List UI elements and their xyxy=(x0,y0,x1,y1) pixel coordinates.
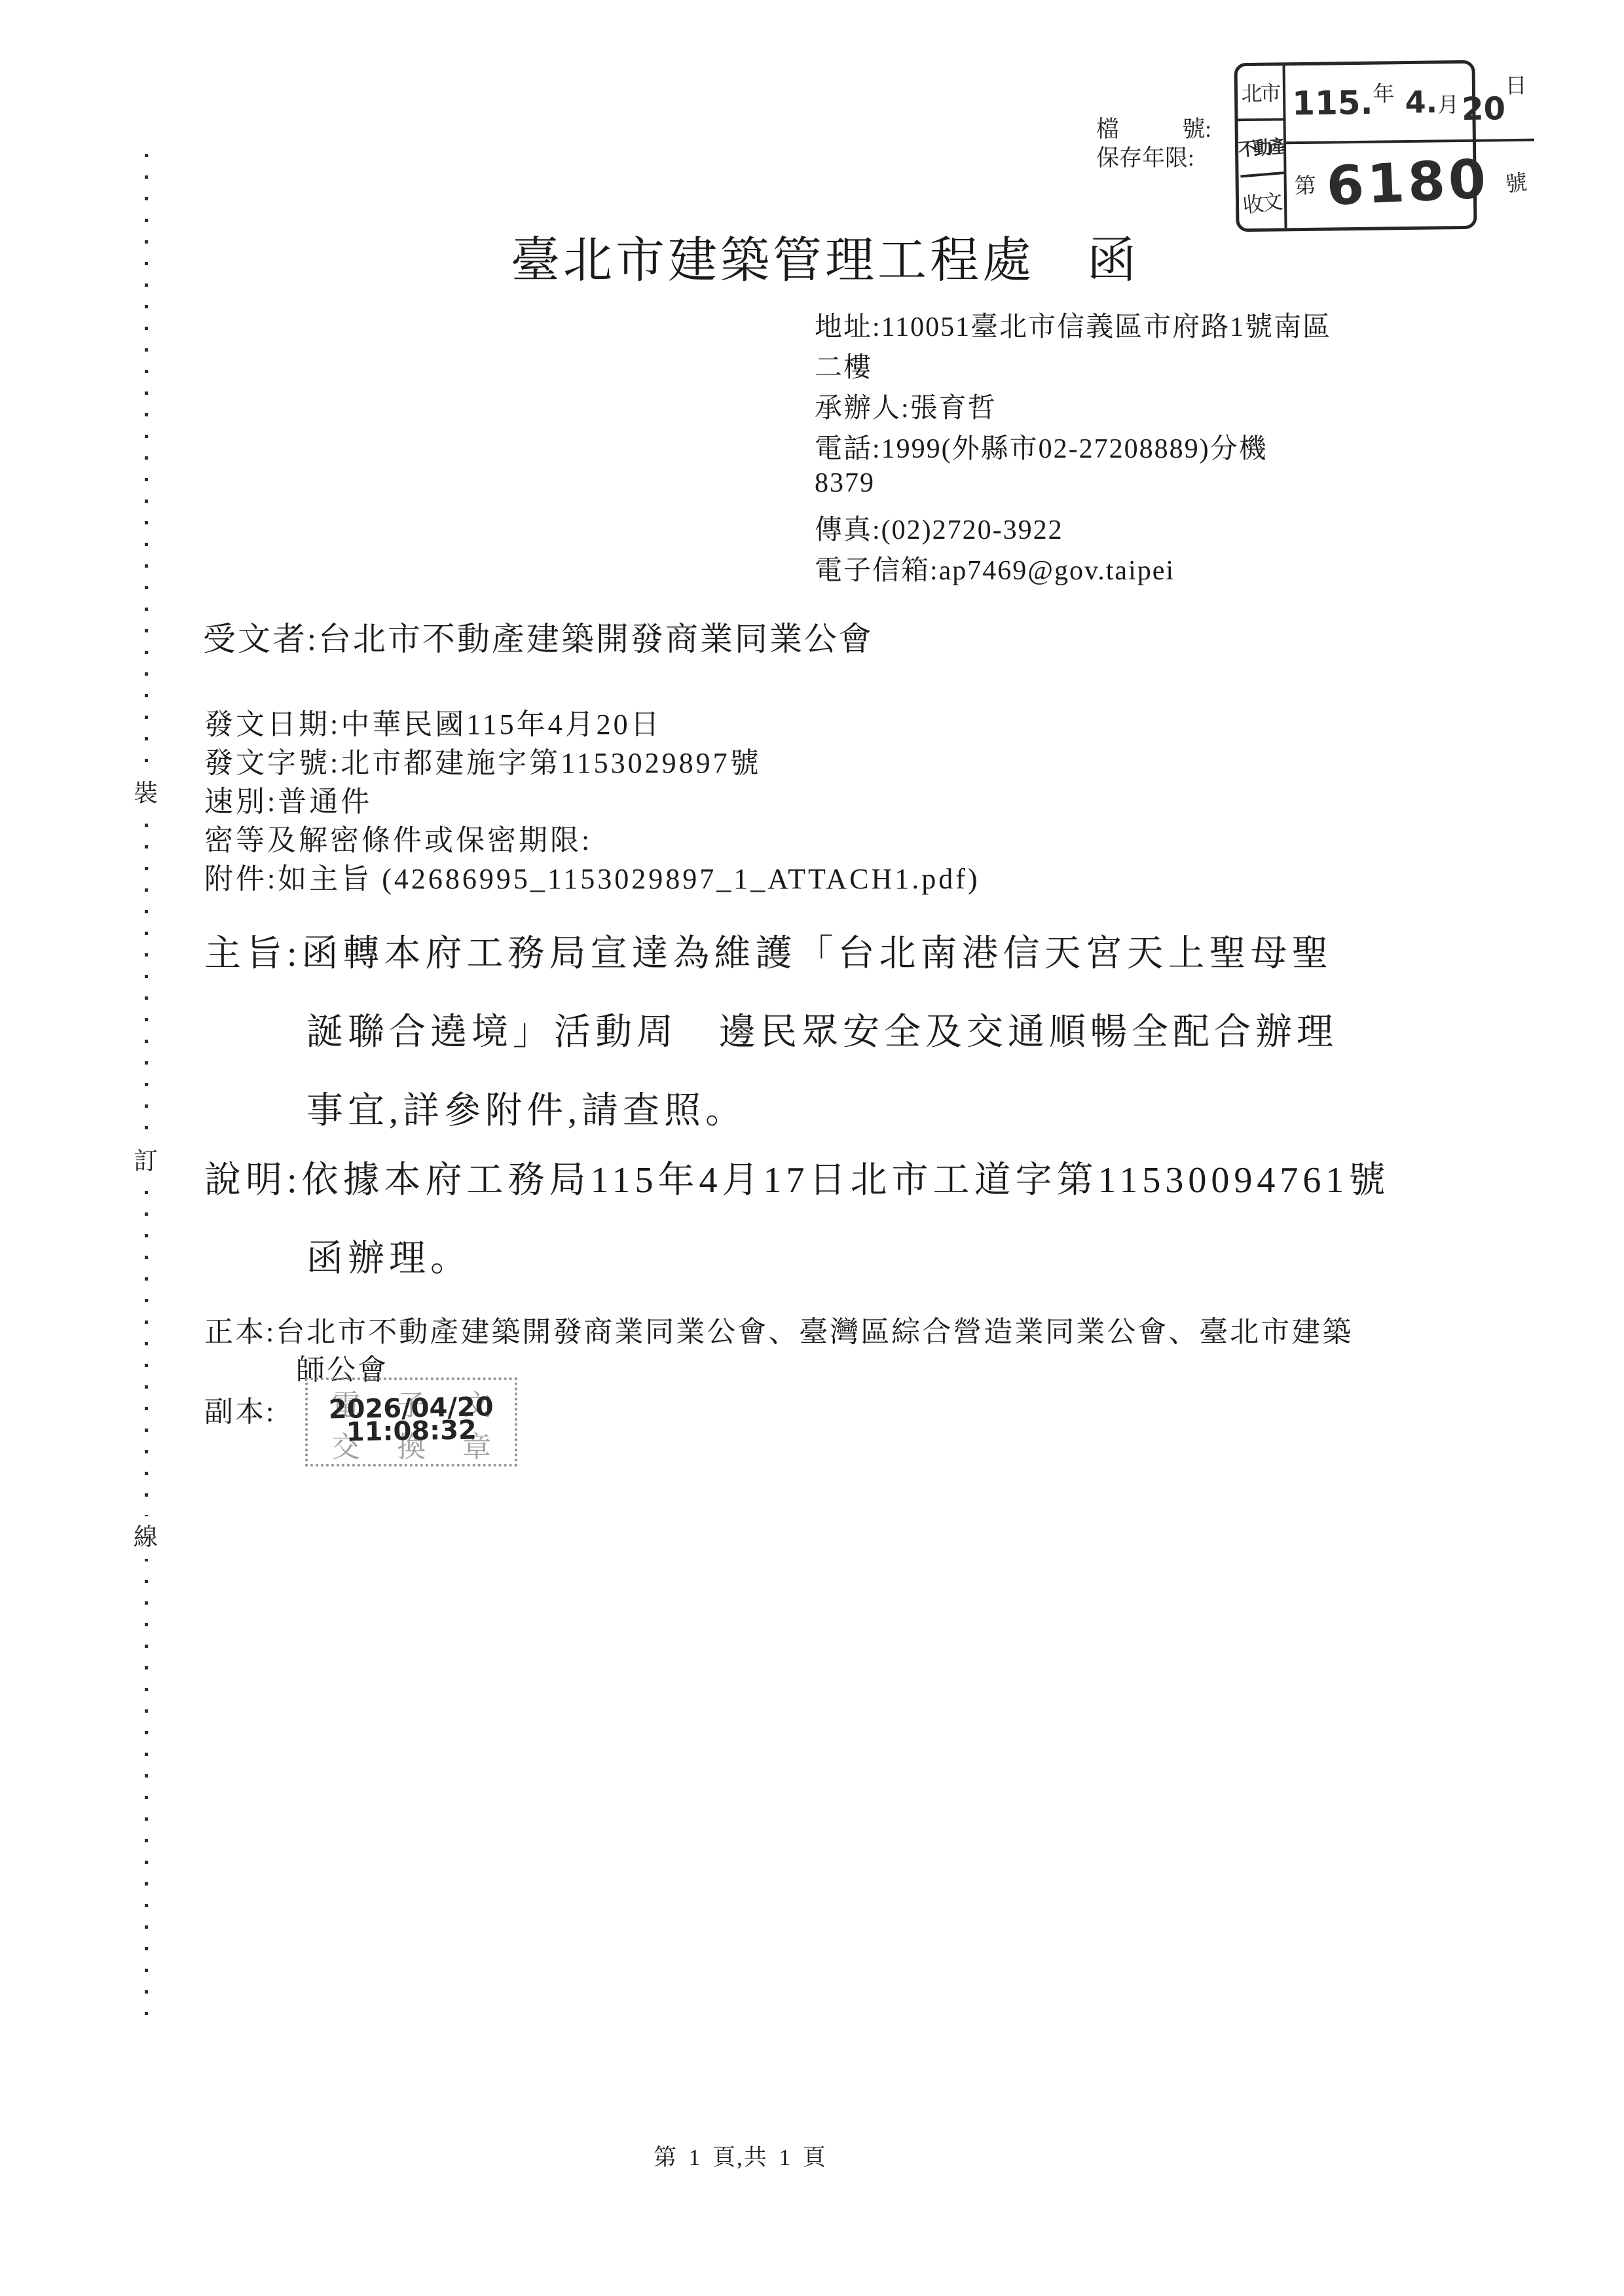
sender-address-line2: 二樓 xyxy=(815,346,872,385)
binding-mark-zhuang: 裝 xyxy=(130,773,162,815)
sender-phone-line2: 8379 xyxy=(815,467,875,499)
receipt-year-value: 115. xyxy=(1292,84,1373,123)
receipt-year-label: 年 xyxy=(1373,77,1395,107)
receipt-number-value: 6180 xyxy=(1325,148,1490,218)
meta-issue-date: 發文日期:中華民國115年4月20日 xyxy=(204,701,662,742)
binding-mark-xian: 線 xyxy=(130,1516,162,1559)
exchange-stamp-datetime: 2026/04/20 11:08:32 xyxy=(328,1396,494,1444)
receipt-day-value: 20 xyxy=(1462,90,1505,128)
electronic-exchange-stamp: 電 子 文 交 換 章 2026/04/20 11:08:32 xyxy=(305,1377,517,1467)
receipt-org-dept: 不動產 xyxy=(1236,119,1286,177)
receipt-number-prefix: 第 xyxy=(1294,168,1316,199)
file-colon: 號: xyxy=(1182,115,1211,144)
file-number-block: 檔 號: 保存年限: xyxy=(1096,115,1211,173)
receipt-stamp-org-column: 北市 不動產 收文 xyxy=(1237,65,1287,228)
sender-fax: 傳真:(02)2720-3922 xyxy=(815,508,1063,547)
subject-line3: 事宜,詳參附件,請查照。 xyxy=(306,1082,747,1134)
file-number-row: 檔 號: xyxy=(1096,115,1211,144)
sender-email: 電子信箱:ap7469@gov.taipei xyxy=(815,549,1175,588)
subject-line2: 誕聯合遶境」活動周 邊民眾安全及交通順暢全配合辦理 xyxy=(306,1003,1338,1055)
original-copy-line1: 正本:台北市不動產建築開發商業同業公會、臺灣區綜合營造業同業公會、臺北市建築 xyxy=(204,1308,1353,1350)
receipt-date-row: 115. 年 4. 月 20 日 xyxy=(1285,63,1534,145)
receipt-number-row: 第 6180 號 xyxy=(1286,141,1535,228)
subject-line1: 主旨:函轉本府工務局宣達為維護「台北南港信天宮天上聖母聖 xyxy=(204,924,1333,977)
recipient-line: 受文者:台北市不動產建築開發商業同業公會 xyxy=(203,613,874,660)
retention-label: 保存年限: xyxy=(1096,144,1211,173)
sender-address-line1: 地址:110051臺北市信義區市府路1號南區 xyxy=(815,305,1331,344)
page-footer: 第 1 頁,共 1 頁 xyxy=(654,2140,827,2172)
meta-priority: 速別:普通件 xyxy=(204,778,372,820)
meta-doc-number: 發文字號:北市都建施字第1153029897號 xyxy=(204,739,762,781)
document-page: 裝 訂 線 檔 號: 保存年限: 北市 不動產 收文 115. 年 4. 月 2… xyxy=(0,0,1624,2296)
receipt-month-label: 月 xyxy=(1437,88,1460,118)
explanation-line2: 函辦理。 xyxy=(306,1230,471,1282)
explanation-line1: 說明:依據本府工務局115年4月17日北市工道字第11530094761號 xyxy=(204,1151,1390,1203)
receipt-day-label: 日 xyxy=(1505,68,1527,99)
file-label: 檔 xyxy=(1096,115,1119,144)
meta-attachment: 附件:如主旨 (42686995_1153029897_1_ATTACH1.pd… xyxy=(204,855,980,897)
receipt-number-suffix: 號 xyxy=(1504,165,1528,198)
sender-contact-person: 承辦人:張育哲 xyxy=(815,386,997,426)
binding-dotted-line xyxy=(145,154,148,2016)
receipt-stamp: 北市 不動產 收文 115. 年 4. 月 20 日 第 6180 號 xyxy=(1234,60,1477,232)
binding-mark-ding: 訂 xyxy=(130,1140,162,1183)
sender-phone-line1: 電話:1999(外縣市02-27208889)分機 xyxy=(815,427,1268,466)
meta-classification: 密等及解密條件或保密期限: xyxy=(204,816,592,858)
document-title: 臺北市建築管理工程處 函 xyxy=(511,221,1139,291)
receipt-org-received: 收文 xyxy=(1236,173,1287,231)
cc-label: 副本: xyxy=(204,1388,276,1430)
exchange-stamp-time: 11:08:32 xyxy=(329,1419,494,1444)
receipt-org-city: 北市 xyxy=(1237,65,1283,121)
receipt-stamp-body: 115. 年 4. 月 20 日 第 6180 號 xyxy=(1285,63,1536,228)
receipt-month-value: 4. xyxy=(1405,84,1437,120)
